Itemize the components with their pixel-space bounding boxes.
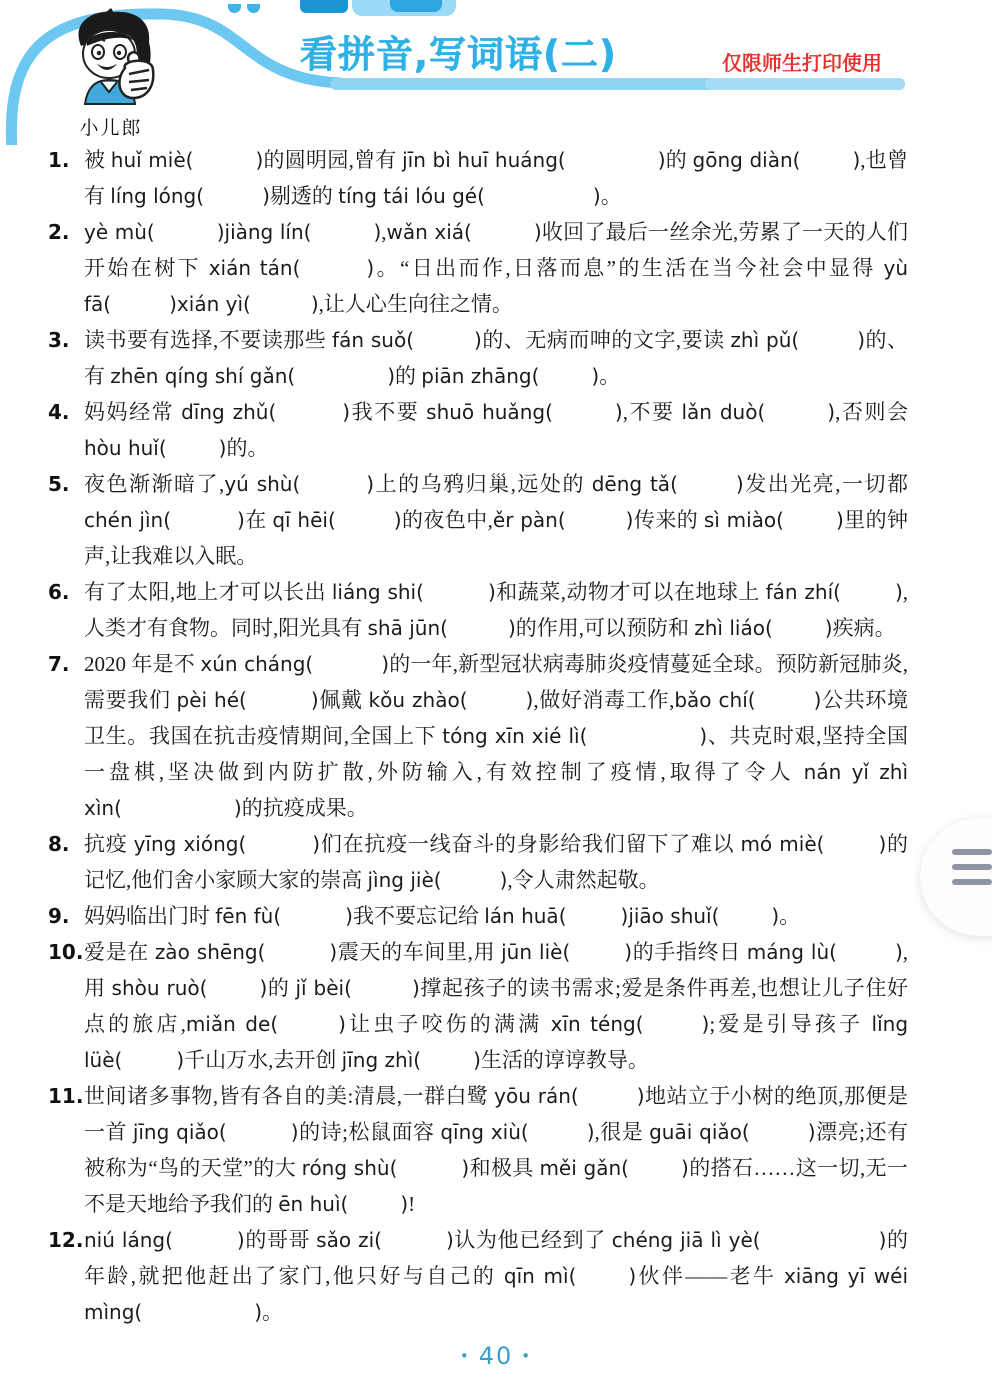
item-text: 读书要有选择,不要读那些 fán suǒ()的、无病而呻的文字,要读 zhì p… xyxy=(84,322,908,394)
print-notice: 仅限师生打印使用 xyxy=(722,47,882,76)
item-text: 世间诸多事物,皆有各自的美:清晨,一群白鹭 yōu rán()地站立于小树的绝顶… xyxy=(84,1078,908,1222)
page-title: 看拼音,写词语(二) xyxy=(300,24,617,78)
answer-blank: () xyxy=(558,148,666,172)
chinese-text: 的 xyxy=(395,364,421,388)
answer-blank: () xyxy=(621,1156,689,1180)
item-text: 妈妈经常 dīng zhǔ()我不要 shuō huǎng(),不要 lǎn d… xyxy=(84,394,908,466)
pinyin-text: niú láng xyxy=(84,1228,165,1252)
chinese-text: 我不要忘记给 xyxy=(353,904,484,928)
answer-blank: () xyxy=(115,1048,185,1072)
chinese-text: 认为他已经到了 xyxy=(454,1228,612,1252)
pinyin-text: líng lóng xyxy=(110,184,196,208)
pinyin-text: jiāo shuǐ xyxy=(628,904,711,928)
answer-blank: () xyxy=(464,220,542,244)
answer-blank: () xyxy=(636,1012,710,1036)
pinyin-text: dēng tǎ xyxy=(592,472,670,496)
pinyin-text: yīng xióng xyxy=(134,832,239,856)
answer-blank: () xyxy=(114,796,242,820)
answer-blank: () xyxy=(753,1228,887,1252)
pinyin-text: zhì liáo xyxy=(694,616,765,640)
pinyin-text: huǐ miè xyxy=(111,148,186,172)
chinese-text: 抗疫 xyxy=(84,832,134,856)
chinese-text: 读书要有选择,不要读那些 xyxy=(84,328,332,352)
answer-blank: () xyxy=(344,976,420,1000)
answer-blank: () xyxy=(765,616,833,640)
chinese-text: 的、无病而呻的文字,要读 xyxy=(482,328,731,352)
chinese-text: 的夜色中, xyxy=(402,508,493,532)
pinyin-text: xián tán xyxy=(209,256,293,280)
brand-mascot: 小儿郎 xyxy=(36,8,186,140)
chinese-text: 伙伴——老牛 xyxy=(636,1264,784,1288)
top-edge-decoration xyxy=(228,0,266,18)
chinese-text: ,令人肃然起敬。 xyxy=(507,868,659,892)
exercise-item: 7.2020 年是不 xún cháng()的一年,新型冠状病毒肺炎疫情蔓延全球… xyxy=(48,646,908,826)
pinyin-text: jūn liè xyxy=(501,940,562,964)
answer-blank: () xyxy=(545,400,623,424)
page-number: 40 xyxy=(479,1342,514,1370)
hamburger-icon xyxy=(952,849,992,894)
item-text: 有了太阳,地上才可以长出 liáng shi()和蔬菜,动物才可以在地球上 fá… xyxy=(84,574,908,646)
answer-blank: () xyxy=(196,184,270,208)
answer-blank: () xyxy=(670,472,744,496)
chinese-text: 的手指终日 xyxy=(632,940,747,964)
answer-blank: () xyxy=(186,148,264,172)
exercise-item: 8.抗疫 yīng xióng()们在抗疫一线奋斗的身影给我们留下了难以 mó … xyxy=(48,826,908,898)
answer-blank: () xyxy=(293,256,375,280)
item-text: 爱是在 zào shēng()震天的车间里,用 jūn liè()的手指终日 m… xyxy=(84,934,908,1078)
answer-blank: () xyxy=(374,1228,454,1252)
chinese-text: 的。 xyxy=(226,436,268,460)
exercise-item: 9.妈妈临出门时 fēn fù()我不要忘记给 lán huā()jiāo sh… xyxy=(48,898,908,934)
exercise-item: 12.niú láng()的哥哥 sǎo zi()认为他已经到了 chéng j… xyxy=(48,1222,908,1330)
exercise-item: 4.妈妈经常 dīng zhǔ()我不要 shuō huǎng(),不要 lǎn… xyxy=(48,394,908,466)
answer-blank: () xyxy=(219,1120,299,1144)
answer-blank: () xyxy=(416,580,496,604)
chinese-text: 的抗疫成果。 xyxy=(242,796,368,820)
item-number: 2. xyxy=(48,214,84,250)
pinyin-text: shā jūn xyxy=(368,616,441,640)
pinyin-text: yōu rán xyxy=(494,1084,571,1108)
item-text: 被 huǐ miè()的圆明园,曾有 jīn bì huī huáng()的 g… xyxy=(84,142,908,214)
pinyin-text: lán huā xyxy=(484,904,558,928)
chinese-text: 传来的 xyxy=(633,508,703,532)
item-text: 妈妈临出门时 fēn fù()我不要忘记给 lán huā()jiāo shuǐ… xyxy=(84,898,908,934)
answer-blank: () xyxy=(460,688,534,712)
chinese-text: ,让人心生向往之情。 xyxy=(319,292,513,316)
pinyin-text: róng shù xyxy=(302,1156,390,1180)
chinese-text: 被 xyxy=(84,148,111,172)
pinyin-text: fán zhí xyxy=(766,580,834,604)
answer-blank: () xyxy=(562,940,632,964)
chinese-text: 。 xyxy=(779,904,800,928)
chinese-text: 的 xyxy=(267,976,295,1000)
answer-blank: () xyxy=(413,1048,481,1072)
pinyin-text: máng lù xyxy=(747,940,829,964)
answer-blank: () xyxy=(712,904,780,928)
floating-menu-button[interactable] xyxy=(920,818,992,936)
item-number: 6. xyxy=(48,574,84,610)
chinese-text: 的圆明园,曾有 xyxy=(263,148,402,172)
pinyin-text: fán suǒ xyxy=(332,328,406,352)
item-text: 夜色渐渐暗了,yú shù()上的乌鸦归巢,远处的 dēng tǎ()发出光亮,… xyxy=(84,466,908,574)
pinyin-text: sì miào xyxy=(704,508,776,532)
answer-blank: () xyxy=(833,580,903,604)
answer-blank: () xyxy=(434,868,508,892)
pinyin-text: tíng tái lóu gé xyxy=(338,184,477,208)
pinyin-text: zhēn qíng shí gǎn xyxy=(110,364,287,388)
chinese-text: ! xyxy=(408,1192,415,1216)
answer-blank: () xyxy=(239,688,319,712)
chinese-text: 。 xyxy=(601,184,622,208)
chinese-text: 夜色渐渐暗了, xyxy=(84,472,224,496)
chinese-text: 发出光亮,一切都 xyxy=(744,472,908,496)
chinese-text: 的诗;松鼠面容 xyxy=(299,1120,441,1144)
exercise-item: 5.夜色渐渐暗了,yú shù()上的乌鸦归巢,远处的 dēng tǎ()发出光… xyxy=(48,466,908,574)
answer-blank: () xyxy=(580,724,708,748)
chinese-text: 疾病。 xyxy=(833,616,896,640)
answer-blank: () xyxy=(440,616,516,640)
pinyin-text: hòu huǐ xyxy=(84,436,159,460)
chinese-text: 在 xyxy=(245,508,273,532)
exercise-item: 6.有了太阳,地上才可以长出 liáng shi()和蔬菜,动物才可以在地球上 … xyxy=(48,574,908,646)
answer-blank: () xyxy=(390,1156,470,1180)
item-number: 1. xyxy=(48,142,84,178)
pinyin-text: měi gǎn xyxy=(539,1156,621,1180)
pinyin-text: xīn téng xyxy=(551,1012,636,1036)
pinyin-text: yú shù xyxy=(224,472,292,496)
answer-blank: () xyxy=(406,328,482,352)
chinese-text: ;爱是引导孩子 xyxy=(709,1012,871,1036)
chinese-text: 2020 年是不 xyxy=(84,652,200,676)
chinese-text: 们在抗疫一线奋斗的身影给我们留下了难以 xyxy=(320,832,740,856)
pinyin-text: miǎn de xyxy=(186,1012,270,1036)
answer-blank: () xyxy=(793,148,861,172)
chinese-text: 世间诸多事物,皆有各自的美:清晨,一群白鹭 xyxy=(84,1084,494,1108)
answer-blank: () xyxy=(103,292,177,316)
pinyin-text: xián yì xyxy=(177,292,243,316)
answer-blank: () xyxy=(304,220,382,244)
exercise-item: 2.yè mù()jiàng lín(),wǎn xiá()收回了最后一丝余光,… xyxy=(48,214,908,322)
chinese-text: 和蔬菜,动物才可以在地球上 xyxy=(496,580,766,604)
pinyin-text: jīng zhì xyxy=(342,1048,414,1072)
item-text: yè mù()jiàng lín(),wǎn xiá()收回了最后一丝余光,劳累… xyxy=(84,214,908,322)
pinyin-text: xún cháng xyxy=(200,652,305,676)
answer-blank: () xyxy=(268,400,350,424)
chinese-text: 剔透的 xyxy=(270,184,338,208)
answer-blank: () xyxy=(134,1300,262,1324)
pinyin-text: chén jìn xyxy=(84,508,163,532)
item-text: 抗疫 yīng xióng()们在抗疫一线奋斗的身影给我们留下了难以 mó mi… xyxy=(84,826,908,898)
item-number: 3. xyxy=(48,322,84,358)
exercise-item: 11.世间诸多事物,皆有各自的美:清晨,一群白鹭 yōu rán()地站立于小树… xyxy=(48,1078,908,1222)
pinyin-text: piān zhāng xyxy=(421,364,531,388)
chinese-text: 的作用,可以预防和 xyxy=(516,616,695,640)
pinyin-text: gōng diàn xyxy=(693,148,793,172)
answer-blank: () xyxy=(328,508,402,532)
pinyin-text: ēn huì xyxy=(278,1192,340,1216)
answer-blank: () xyxy=(165,1228,245,1252)
chinese-text: 爱是在 xyxy=(84,940,155,964)
chinese-text: 。 xyxy=(262,1300,283,1324)
answer-blank: () xyxy=(571,1084,645,1108)
answer-blank: () xyxy=(292,472,374,496)
chinese-text: 。“日出而作,日落而息”的生活在当今社会中显得 xyxy=(374,256,883,280)
pinyin-text: mó miè xyxy=(740,832,816,856)
item-number: 7. xyxy=(48,646,84,682)
pinyin-text: jiàng lín xyxy=(225,220,304,244)
chinese-text: 妈妈临出门时 xyxy=(84,904,215,928)
footer-dot: • xyxy=(521,1347,532,1365)
answer-blank: () xyxy=(341,1192,409,1216)
exercise-item: 1.被 huǐ miè()的圆明园,曾有 jīn bì huī huáng()的… xyxy=(48,142,908,214)
footer-dot: • xyxy=(460,1347,471,1365)
answer-blank: () xyxy=(757,400,835,424)
chinese-text: ,否则会 xyxy=(835,400,908,424)
pinyin-text: lǎn duò xyxy=(681,400,757,424)
answer-blank: () xyxy=(559,904,629,928)
item-number: 5. xyxy=(48,466,84,502)
pinyin-text: bǎo chí xyxy=(674,688,747,712)
chinese-text: 震天的车间里,用 xyxy=(337,940,501,964)
answer-blank: () xyxy=(532,364,600,388)
mascot-label: 小儿郎 xyxy=(36,113,186,140)
chinese-text: 生活的谆谆教导。 xyxy=(481,1048,649,1072)
chinese-text: 千山万水,去开创 xyxy=(184,1048,342,1072)
item-number: 10. xyxy=(48,934,84,970)
pinyin-text: ěr pàn xyxy=(493,508,558,532)
answer-blank: () xyxy=(273,904,353,928)
pinyin-text: tóng xīn xié lì xyxy=(442,724,579,748)
pinyin-text: shòu ruò xyxy=(112,976,200,1000)
chinese-text: ,不要 xyxy=(623,400,682,424)
answer-blank: () xyxy=(776,508,844,532)
chinese-text: 。 xyxy=(599,364,620,388)
chinese-text: 的哥哥 xyxy=(245,1228,316,1252)
chinese-text: 让虫子咬伤的满满 xyxy=(346,1012,551,1036)
top-edge-decoration xyxy=(390,0,442,12)
exercise-item: 3.读书要有选择,不要读那些 fán suǒ()的、无病而呻的文字,要读 zhì… xyxy=(48,322,908,394)
chinese-text: 的 xyxy=(666,148,693,172)
pinyin-text: chéng jiā lì yè xyxy=(612,1228,753,1252)
answer-blank: () xyxy=(748,688,822,712)
pinyin-text: wǎn xiá xyxy=(387,220,465,244)
answer-blank: () xyxy=(163,508,245,532)
answer-blank: () xyxy=(305,652,389,676)
pinyin-text: liáng shi xyxy=(332,580,416,604)
chinese-text: ,很是 xyxy=(595,1120,650,1144)
answer-blank: () xyxy=(521,1120,595,1144)
item-number: 4. xyxy=(48,394,84,430)
answer-blank: () xyxy=(287,364,395,388)
answer-blank: () xyxy=(791,328,865,352)
chinese-text: 有了太阳,地上才可以长出 xyxy=(84,580,332,604)
mascot-boy-icon xyxy=(41,8,181,112)
answer-blank: () xyxy=(742,1120,816,1144)
top-edge-decoration xyxy=(300,0,348,13)
answer-blank: () xyxy=(243,292,319,316)
pinyin-text: shuō huǎng xyxy=(426,400,545,424)
answer-blank: () xyxy=(200,976,268,1000)
pinyin-text: zhì pǔ xyxy=(730,328,791,352)
chinese-text: ,做好消毒工作, xyxy=(533,688,674,712)
pinyin-text: jǐ bèi xyxy=(295,976,344,1000)
pinyin-text: kǒu zhào xyxy=(369,688,460,712)
answer-blank: () xyxy=(829,940,903,964)
item-text: niú láng()的哥哥 sǎo zi()认为他已经到了 chéng jiā … xyxy=(84,1222,908,1330)
pinyin-text: qīng xiù xyxy=(440,1120,521,1144)
exercise-list: 1.被 huǐ miè()的圆明园,曾有 jīn bì huī huáng()的… xyxy=(48,142,908,1330)
chinese-text: 佩戴 xyxy=(319,688,369,712)
chinese-text: 和极具 xyxy=(469,1156,539,1180)
answer-blank: () xyxy=(270,1012,346,1036)
answer-blank: () xyxy=(558,508,634,532)
pinyin-text: jīng qiǎo xyxy=(133,1120,219,1144)
pinyin-text: guāi qiǎo xyxy=(649,1120,742,1144)
answer-blank: () xyxy=(477,184,601,208)
chinese-text: 我不要 xyxy=(350,400,426,424)
answer-blank: () xyxy=(147,220,225,244)
pinyin-text: dīng zhǔ xyxy=(181,400,268,424)
item-number: 9. xyxy=(48,898,84,934)
item-number: 8. xyxy=(48,826,84,862)
answer-blank: () xyxy=(238,832,320,856)
pinyin-text: qīn mì xyxy=(504,1264,569,1288)
answer-blank: () xyxy=(159,436,227,460)
answer-blank: () xyxy=(258,940,338,964)
pinyin-text: sǎo zi xyxy=(316,1228,374,1252)
answer-blank: () xyxy=(817,832,887,856)
exercise-item: 10.爱是在 zào shēng()震天的车间里,用 jūn liè()的手指终… xyxy=(48,934,908,1078)
item-number: 11. xyxy=(48,1078,84,1114)
pinyin-text: pèi hé xyxy=(177,688,240,712)
pinyin-text: qī hēi xyxy=(272,508,328,532)
pinyin-text: jīn bì huī huáng xyxy=(402,148,558,172)
chinese-text: 妈妈经常 xyxy=(84,400,181,424)
pinyin-text: fēn fù xyxy=(215,904,273,928)
item-text: 2020 年是不 xún cháng()的一年,新型冠状病毒肺炎疫情蔓延全球。预… xyxy=(84,646,908,826)
pinyin-text: jìng jiè xyxy=(368,868,434,892)
answer-blank: () xyxy=(569,1264,637,1288)
page-footer: •40• xyxy=(0,1342,992,1370)
page-header: 小儿郎 看拼音,写词语(二) 仅限师生打印使用 xyxy=(0,0,992,145)
item-number: 12. xyxy=(48,1222,84,1258)
chinese-text: 上的乌鸦归巢,远处的 xyxy=(374,472,592,496)
pinyin-text: zào shēng xyxy=(155,940,258,964)
pinyin-text: yè mù xyxy=(84,220,147,244)
